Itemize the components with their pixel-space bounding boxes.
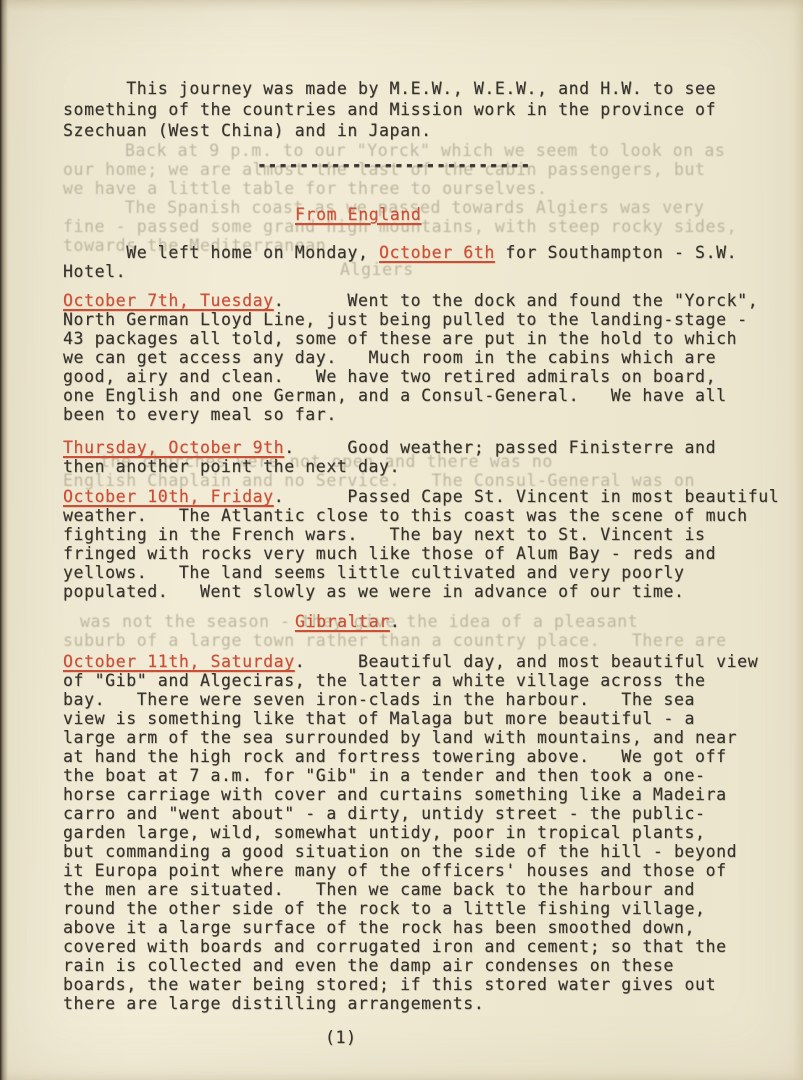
entry-date-oct9: Thursday, October 9th: [63, 438, 284, 457]
entry-oct11: October 11th, Saturday. Beautiful day, a…: [63, 652, 758, 1013]
page-number: (1): [325, 1028, 357, 1047]
entry-oct6: We left home on Monday, October 6th for …: [63, 243, 737, 281]
heading-text: From England: [295, 205, 421, 224]
entry-text: We left home on Monday,: [63, 243, 379, 262]
intro-paragraph: This journey was made by M.E.W., W.E.W.,…: [63, 78, 716, 141]
section-divider: --------------------------: [257, 155, 531, 174]
entry-body: . Went to the dock and found the "Yorck"…: [63, 291, 758, 424]
entry-oct7: October 7th, Tuesday. Went to the dock a…: [63, 291, 758, 424]
entry-date-oct11: October 11th, Saturday: [63, 652, 295, 671]
heading-period: .: [390, 612, 401, 631]
section-heading-from-england: From England: [295, 205, 421, 224]
entry-date-oct7: October 7th, Tuesday: [63, 291, 274, 310]
entry-date-oct6: October 6th: [379, 243, 495, 262]
bleedthrough-text: we have a little table for three to ours…: [63, 179, 548, 198]
entry-body: . Beautiful day, and most beautiful view…: [63, 652, 758, 1013]
section-heading-gibraltar: Gibraltar.: [295, 612, 400, 631]
heading-text: Gibraltar: [295, 612, 390, 631]
scanned-journal-page: Back at 9 p.m. to our "Yorck" which we s…: [0, 0, 803, 1080]
bleedthrough-text: suburb of a large town rather than a cou…: [63, 631, 727, 650]
entry-oct10: October 10th, Friday. Passed Cape St. Vi…: [63, 487, 779, 601]
entry-date-oct10: October 10th, Friday: [63, 487, 274, 506]
entry-oct9: Thursday, October 9th. Good weather; pas…: [63, 438, 716, 476]
